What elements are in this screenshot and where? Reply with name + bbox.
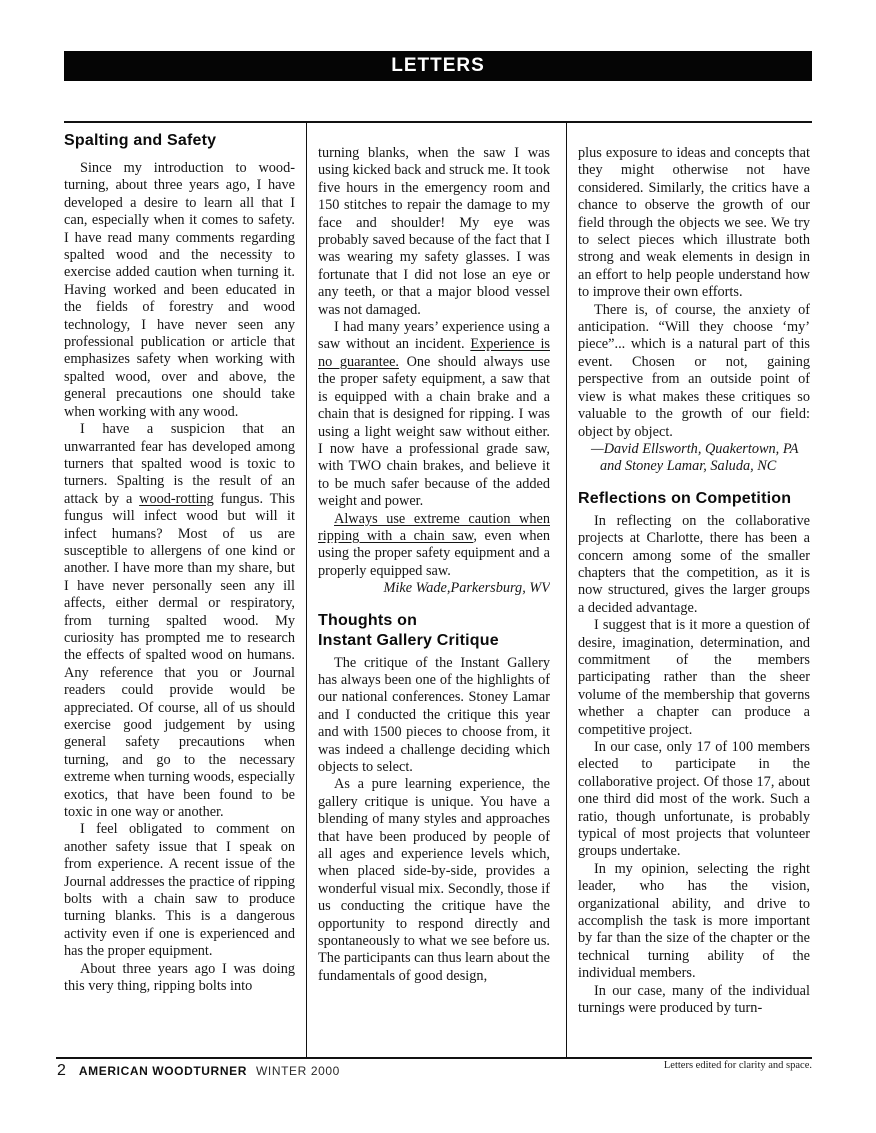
page-number: 2 [57,1062,66,1080]
column-1: Spalting and Safety Since my introductio… [64,131,295,1045]
paragraph: I feel obligated to comment on another s… [64,821,295,960]
column-divider-1 [306,121,307,1058]
issue-label: WINTER 2000 [256,1064,340,1078]
heading-line: Instant Gallery Critique [318,631,550,651]
letters-section-banner: LETTERS [64,51,812,81]
paragraph: I had many years’ experience using a saw… [318,319,550,510]
footer-rule [56,1057,812,1059]
editorial-note: Letters edited for clarity and space. [664,1060,812,1071]
section-title: LETTERS [391,55,485,77]
journal-name: AMERICAN WOODTURNER [79,1064,247,1078]
paragraph: As a pure learning experience, the galle… [318,776,550,985]
paragraph: In our case, only 17 of 100 members elec… [578,739,810,861]
letter-signature-mike-wade: Mike Wade,Parkersburg, WV [318,580,550,597]
paragraph: There is, of course, the anxiety of anti… [578,302,810,441]
paragraph: Always use extreme caution when ripping … [318,511,550,581]
letter-heading-thoughts-on-instant-gallery-critique: Thoughts onInstant Gallery Critique [318,611,550,651]
heading-line: Thoughts on [318,611,550,631]
paragraph-text: One should always use the proper safety … [318,354,550,509]
magazine-page: LETTERS Spalting and Safety Since my int… [0,0,876,1133]
paragraph-continuation: plus exposure to ideas and concepts that… [578,145,810,302]
underlined-phrase: wood-rotting [139,491,214,507]
paragraph: In reflecting on the collaborative proje… [578,513,810,617]
top-rule [64,121,812,123]
letter-signature-david-ellsworth: —David Ellsworth, Quakertown, PA [578,441,810,458]
letter-signature-stoney-lamar: and Stoney Lamar, Saluda, NC [578,458,810,475]
paragraph-text: fungus. This fungus will infect wood but… [64,491,295,820]
column-divider-2 [566,121,567,1058]
footer: 2 AMERICAN WOODTURNER WINTER 2000 [57,1062,340,1080]
column-3: plus exposure to ideas and concepts that… [578,145,810,1047]
paragraph: Since my introduction to wood-turning, a… [64,160,295,421]
paragraph: The critique of the Instant Gallery has … [318,655,550,777]
paragraph: I suggest that is it more a question of … [578,617,810,739]
column-2: turning blanks, when the saw I was using… [318,145,550,1047]
paragraph-continuation: turning blanks, when the saw I was using… [318,145,550,319]
paragraph: In my opinion, selecting the right leade… [578,861,810,983]
letter-heading-reflections-on-competition: Reflections on Competition [578,489,810,509]
paragraph: About three years ago I was doing this v… [64,961,295,996]
paragraph: I have a suspicion that an unwarranted f… [64,421,295,821]
paragraph: In our case, many of the individual turn… [578,983,810,1018]
letter-heading-spalting-and-safety: Spalting and Safety [64,131,295,151]
